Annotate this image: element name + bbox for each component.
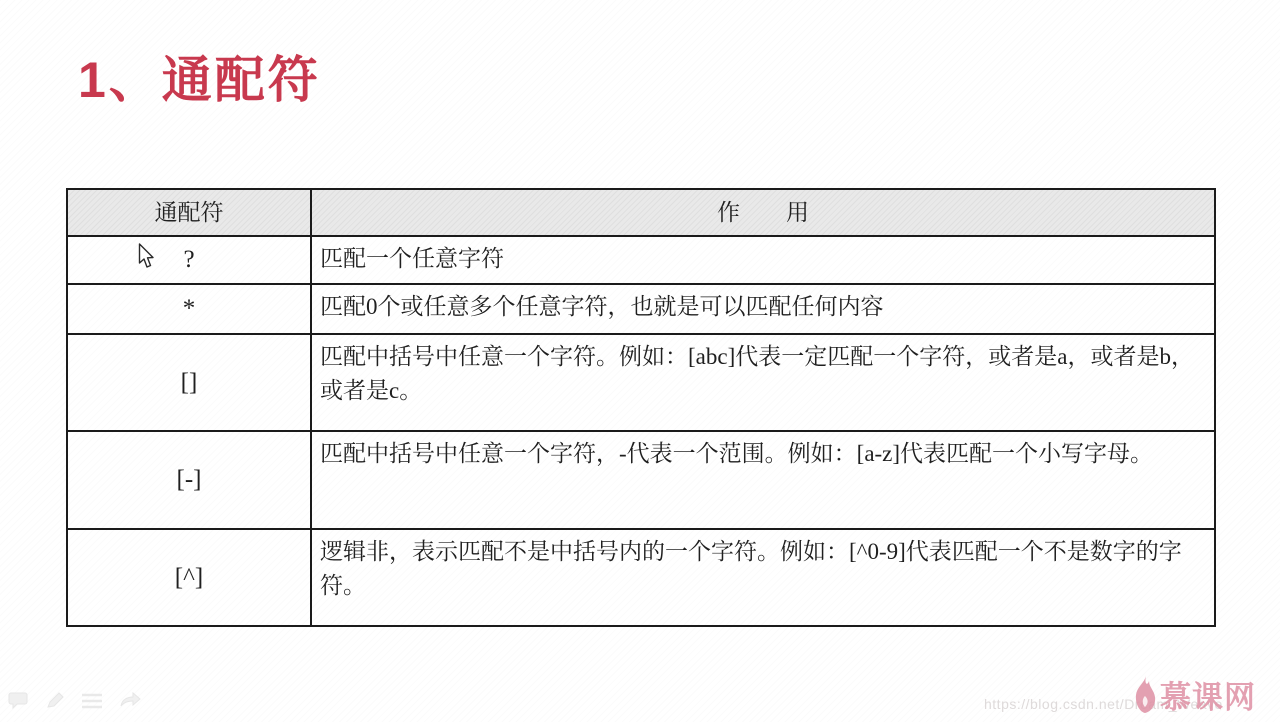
wildcard-symbol: [^]: [67, 529, 311, 626]
wildcard-symbol: [-]: [67, 431, 311, 529]
table-row-bracket-negate: [^] 逻辑非，表示匹配不是中括号内的一个字符。例如：[^0-9]代表匹配一个不…: [67, 529, 1215, 626]
page-title: 1、通配符: [78, 50, 321, 110]
table-row-asterisk: * 匹配0个或任意多个任意字符，也就是可以匹配任何内容: [67, 284, 1215, 334]
pen-icon[interactable]: [44, 691, 66, 711]
imooc-logo-text: 慕课网: [1160, 678, 1256, 718]
slide: 1、通配符 通配符 作 用 ? 匹配一个任意字符 * 匹配0个或任意多个任意字符…: [0, 0, 1280, 722]
wildcard-description: 逻辑非，表示匹配不是中括号内的一个字符。例如：[^0-9]代表匹配一个不是数字的…: [311, 529, 1215, 626]
arrow-icon[interactable]: [118, 691, 142, 711]
wildcard-symbol: []: [67, 334, 311, 431]
table-row-brackets: [] 匹配中括号中任意一个字符。例如：[abc]代表一定匹配一个字符，或者是a，…: [67, 334, 1215, 431]
col-header-action: 作 用: [311, 189, 1215, 236]
wildcard-table: 通配符 作 用 ? 匹配一个任意字符 * 匹配0个或任意多个任意字符，也就是可以…: [66, 188, 1216, 627]
wildcard-description: 匹配中括号中任意一个字符。例如：[abc]代表一定匹配一个字符，或者是a，或者是…: [311, 334, 1215, 431]
wildcard-description: 匹配中括号中任意一个字符，-代表一个范围。例如：[a-z]代表匹配一个小写字母。: [311, 431, 1215, 529]
col-header-wildcard: 通配符: [67, 189, 311, 236]
wildcard-symbol: *: [67, 284, 311, 334]
wildcard-description: 匹配一个任意字符: [311, 236, 1215, 284]
imooc-logo: 慕课网: [1130, 674, 1256, 721]
table-row-bracket-range: [-] 匹配中括号中任意一个字符，-代表一个范围。例如：[a-z]代表匹配一个小…: [67, 431, 1215, 529]
table-header-row: 通配符 作 用: [67, 189, 1215, 236]
chat-bubble-icon[interactable]: [8, 691, 30, 711]
flame-icon: [1130, 674, 1160, 721]
wildcard-description: 匹配0个或任意多个任意字符，也就是可以匹配任何内容: [311, 284, 1215, 334]
list-icon[interactable]: [80, 691, 104, 711]
mouse-cursor-icon: [138, 243, 155, 274]
player-controls: [8, 691, 142, 711]
wildcard-symbol: ?: [67, 236, 311, 284]
table-row-question-mark: ? 匹配一个任意字符: [67, 236, 1215, 284]
